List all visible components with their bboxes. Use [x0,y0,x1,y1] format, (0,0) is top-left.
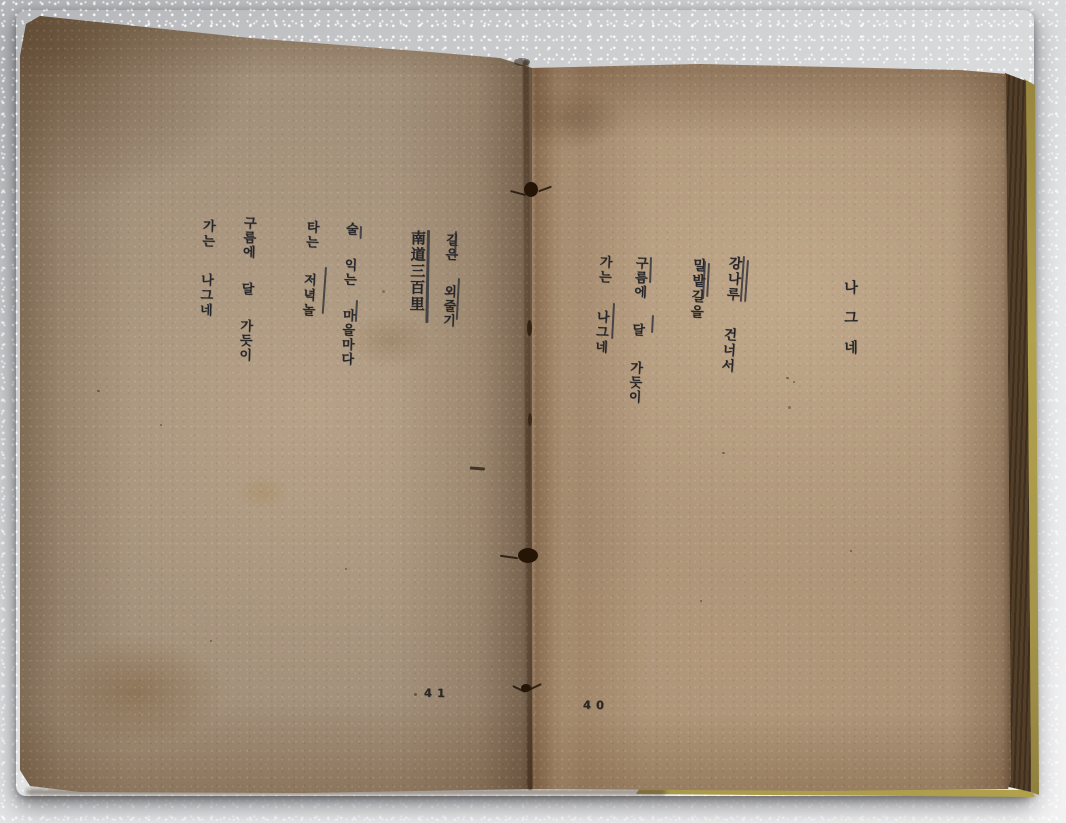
annotation-stroke [355,300,358,322]
paper-speck [700,600,702,602]
annotation-stroke [360,226,362,239]
poem-column: 강나루 건너서 [716,255,744,374]
stitch-mark [514,58,530,66]
poem-column: 구름에 달 가듯이 [623,256,650,405]
annotation-stroke [611,303,615,339]
poem-column: 술 익는 마을마다 [336,222,360,367]
page-number-left: 41 [424,686,450,700]
annotation-stroke [649,257,652,283]
stitch-mark [518,548,538,563]
paper-speck [345,568,347,570]
annotation-stroke [425,230,429,323]
annotation-stroke [322,267,327,314]
paper-speck [786,377,789,379]
poem-column: 구름에 달 가듯이 [234,216,258,363]
book-photograph: 길은 외줄기 南道三百里 술 익는 마을마다 타는 저녁놀 구름에 달 가듯이 … [0,0,1066,823]
poem-column: 가는 나그네 [195,219,217,319]
poem-title: 나그네 [840,280,860,370]
stitch-mark [527,320,532,336]
paper-speck [850,550,852,552]
paper-speck [722,452,725,454]
pen-dash-mark [470,466,485,470]
page-number-right: 40 [583,698,609,712]
paper-speck [160,424,162,426]
paper-speck [210,640,212,642]
stitch-mark [524,182,538,197]
poem-column: 타는 저녁놀 [297,220,321,319]
paper-speck [97,390,100,392]
annotation-stroke [651,315,654,333]
poem-column: 가는 나그네 [590,255,614,356]
stitch-mark [528,413,532,426]
annotation-stroke [706,263,710,297]
paper-speck [793,381,795,383]
annotation-stroke [744,260,749,302]
paper-speck [382,290,385,293]
paper-speck [788,406,791,409]
page-number-mark [414,693,417,696]
